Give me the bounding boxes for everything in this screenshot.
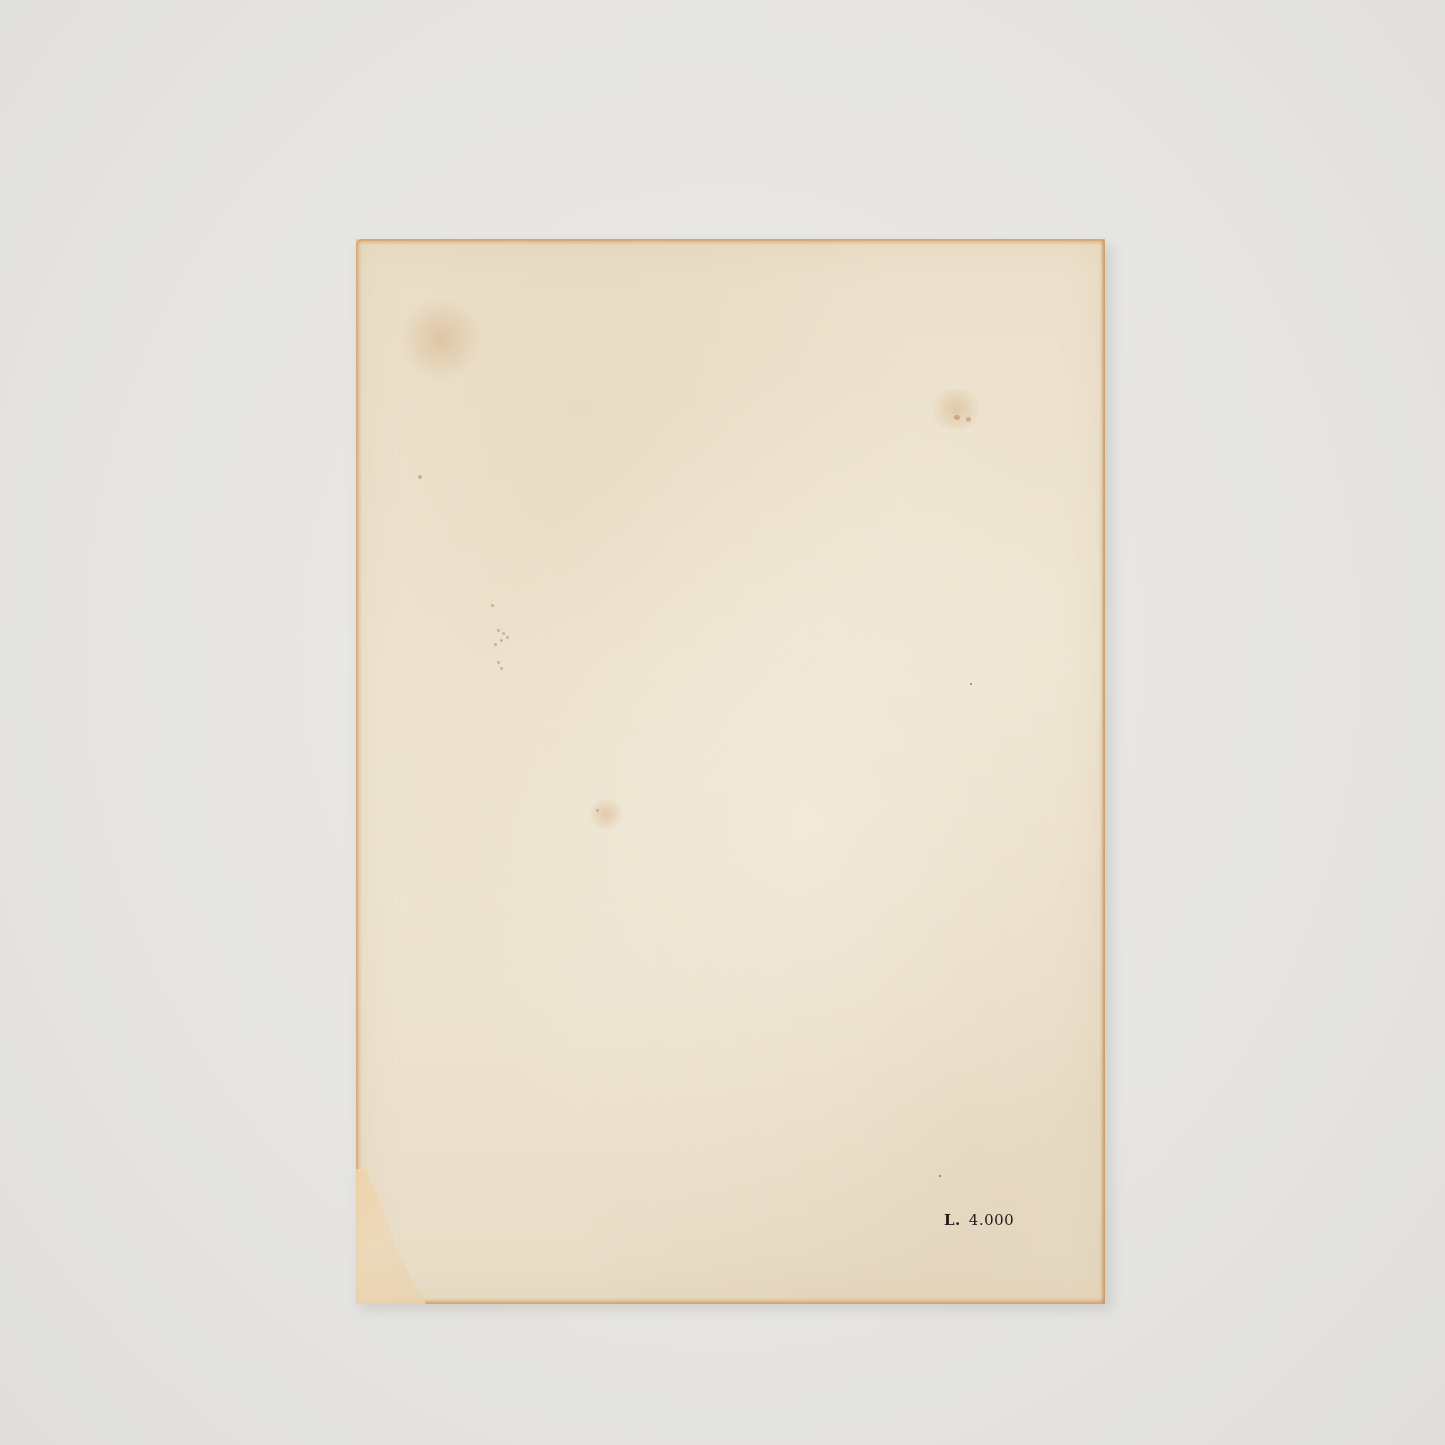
worn-top-edge	[356, 239, 1105, 245]
foxing-spot	[596, 809, 599, 812]
worn-left-edge	[356, 239, 362, 1304]
stain	[586, 799, 626, 829]
foxing-spot	[497, 661, 500, 664]
foxing-spot	[497, 629, 500, 632]
price-currency: L.	[944, 1211, 961, 1229]
foxing-spot	[506, 636, 509, 639]
stain	[926, 389, 986, 429]
foxing-spot	[494, 643, 497, 646]
foxing-spot	[491, 604, 494, 607]
foxing-spot	[500, 667, 503, 670]
speck	[939, 1175, 941, 1177]
price-amount: 4.000	[969, 1211, 1014, 1229]
foxing-spot	[502, 632, 505, 635]
worn-right-edge	[1100, 239, 1105, 1304]
worn-bottom-edge	[356, 1298, 1105, 1304]
stain	[396, 299, 486, 379]
foxing-spot	[966, 417, 971, 422]
book-back-cover: L.4.000	[356, 239, 1105, 1304]
speck	[970, 683, 972, 685]
price-label: L.4.000	[944, 1211, 1014, 1229]
foxing-spot	[418, 475, 422, 479]
foxing-spot	[500, 639, 503, 642]
foxing-spot	[954, 415, 960, 420]
torn-corner	[356, 1169, 426, 1304]
